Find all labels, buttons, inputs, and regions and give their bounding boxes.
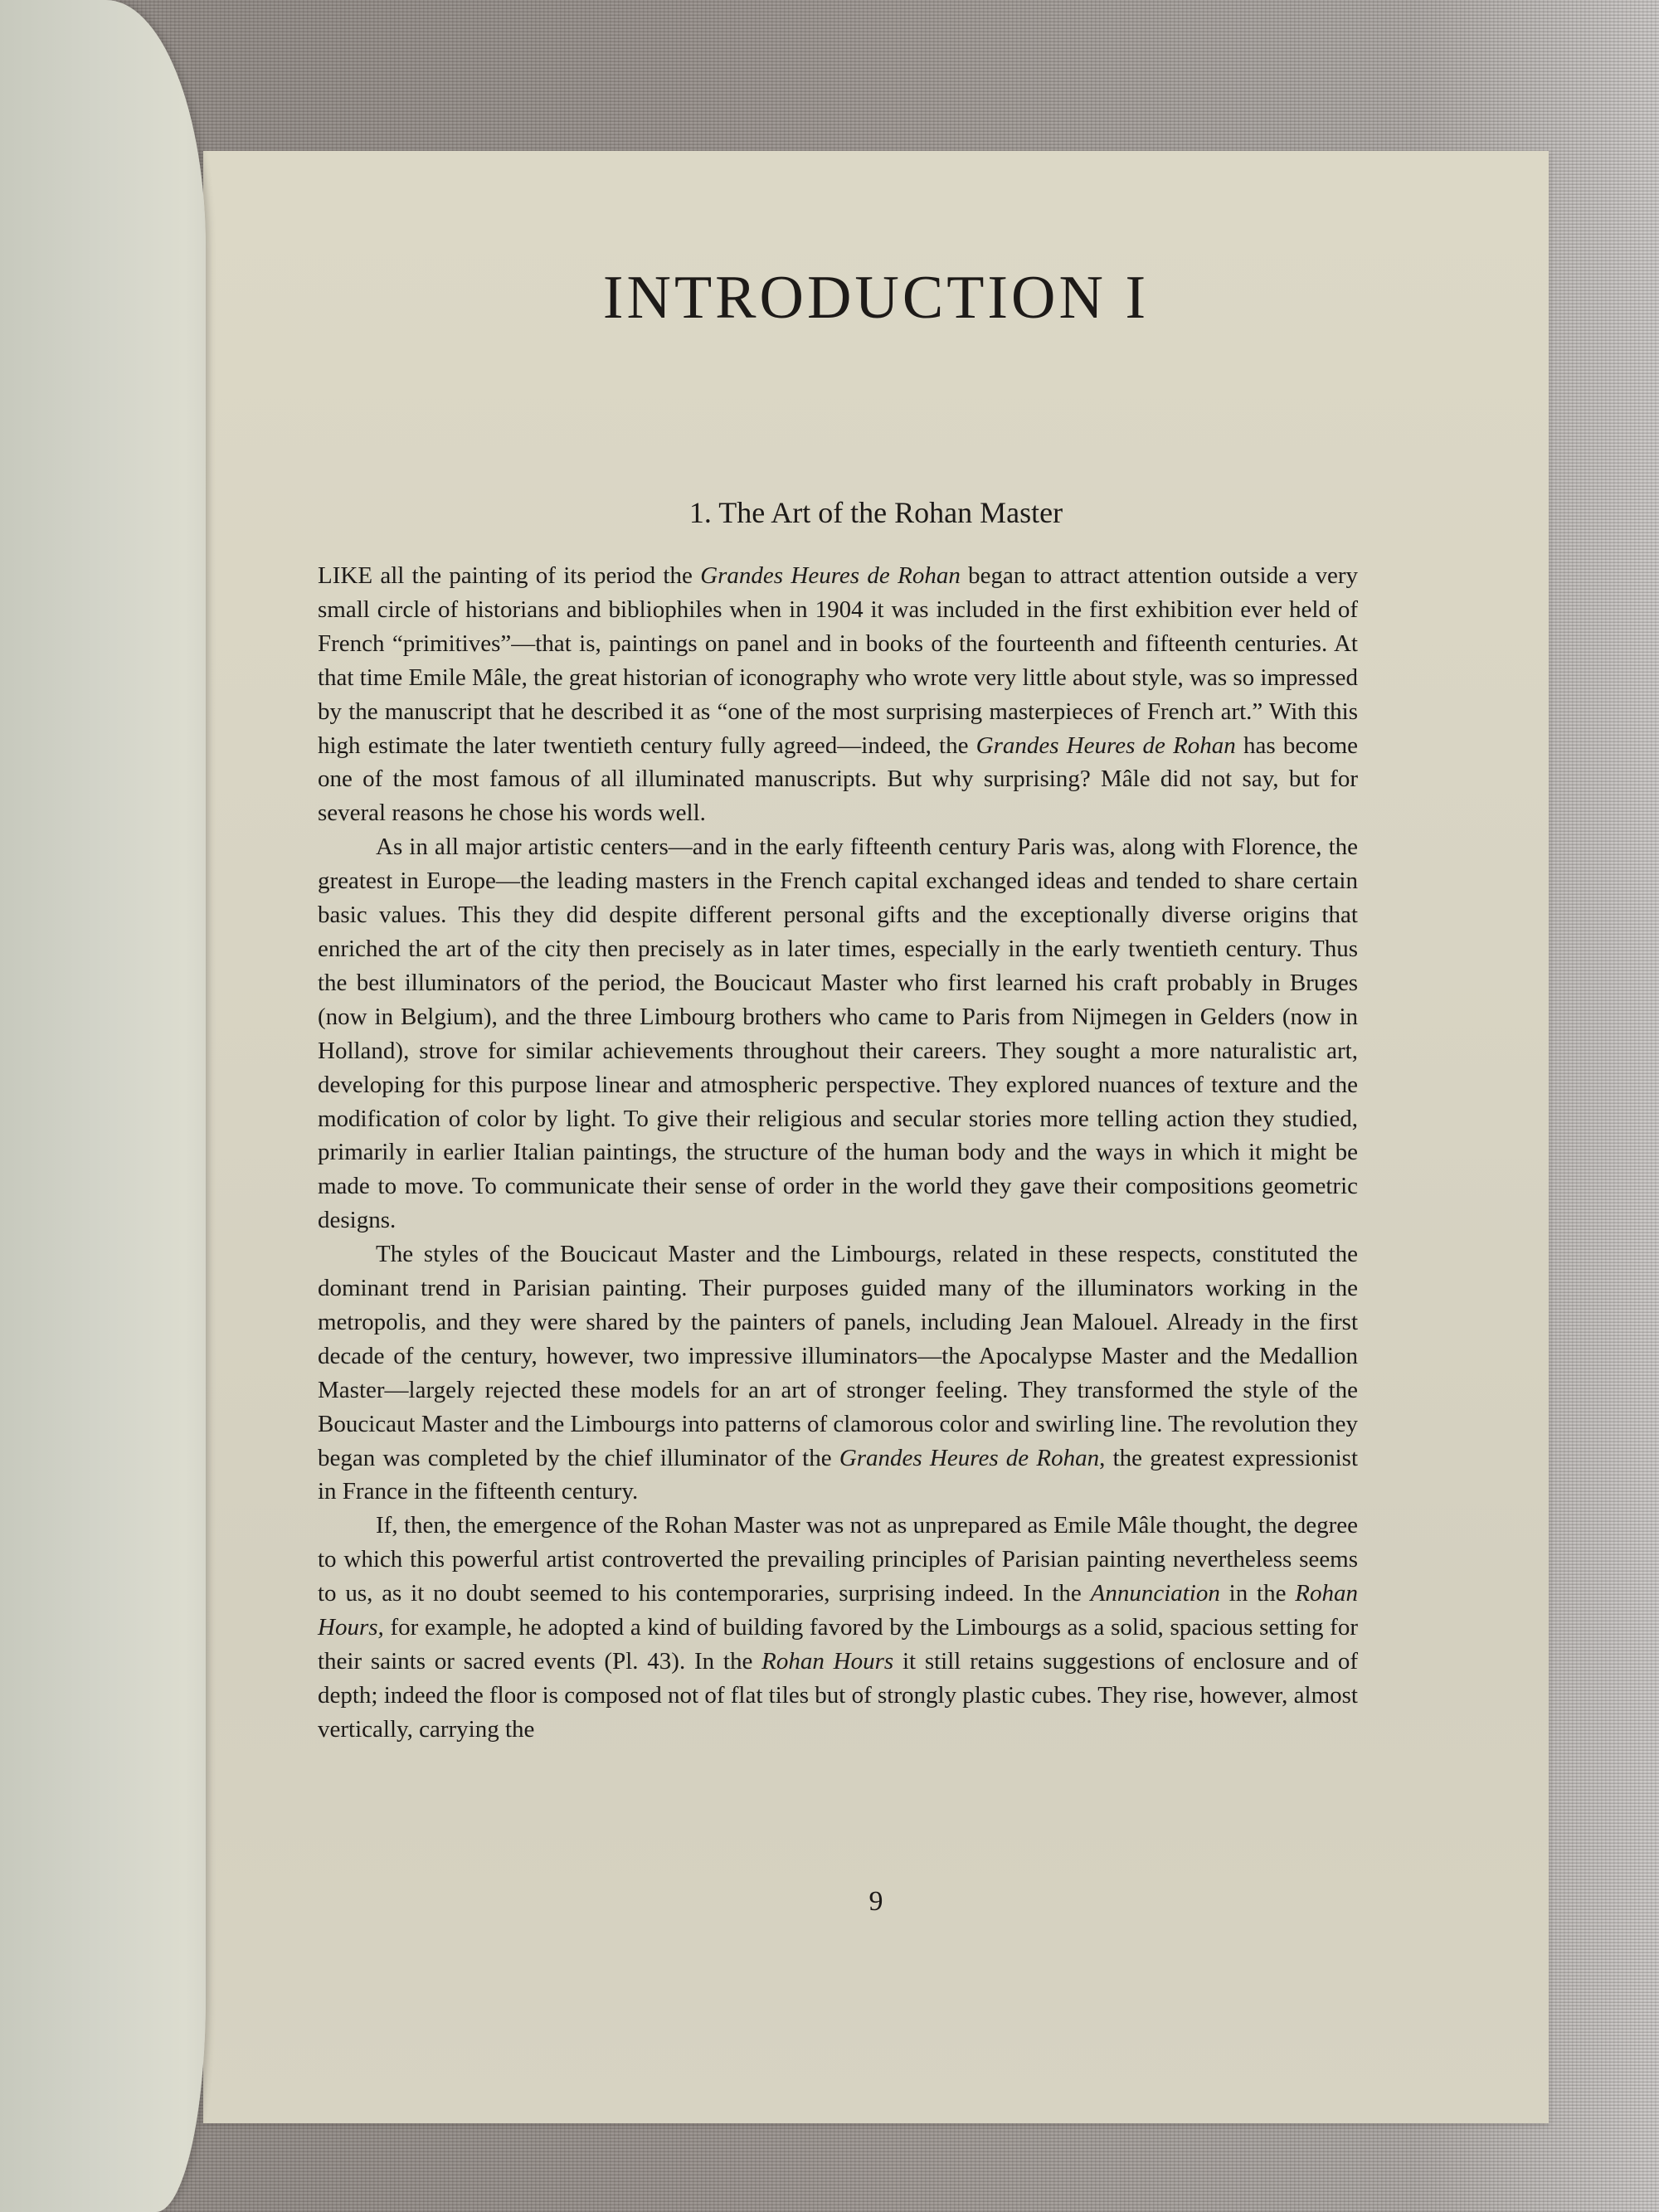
text-run: in the (1220, 1580, 1295, 1607)
chapter-title: INTRODUCTION I (203, 267, 1549, 328)
paragraph: If, then, the emergence of the Rohan Mas… (318, 1509, 1358, 1746)
text-run: The styles of the Boucicaut Master and t… (318, 1241, 1358, 1471)
section-heading: 1. The Art of the Rohan Master (203, 498, 1549, 527)
body-text: LIKE all the painting of its period the … (318, 559, 1358, 1747)
italic-title-text: Grandes Heures de Rohan (700, 562, 961, 589)
italic-title-text: Rohan Hours (761, 1648, 893, 1675)
paragraph: As in all major artistic centers—and in … (318, 830, 1358, 1237)
previous-page-edge (0, 0, 206, 2212)
text-run: LIKE all the painting of its period the (318, 562, 700, 589)
paragraph: The styles of the Boucicaut Master and t… (318, 1237, 1358, 1509)
italic-title-text: Annunciation (1091, 1580, 1220, 1607)
paragraph: LIKE all the painting of its period the … (318, 559, 1358, 830)
text-run: As in all major artistic centers—and in … (318, 834, 1358, 1233)
page-number: 9 (203, 1888, 1549, 1916)
italic-title-text: Grandes Heures de Rohan (976, 732, 1236, 759)
text-run: began to attract attention out­side a ve… (318, 562, 1358, 759)
book-page: INTRODUCTION I 1. The Art of the Rohan M… (203, 151, 1549, 2123)
italic-title-text: Grandes Heures de Rohan (839, 1445, 1099, 1471)
